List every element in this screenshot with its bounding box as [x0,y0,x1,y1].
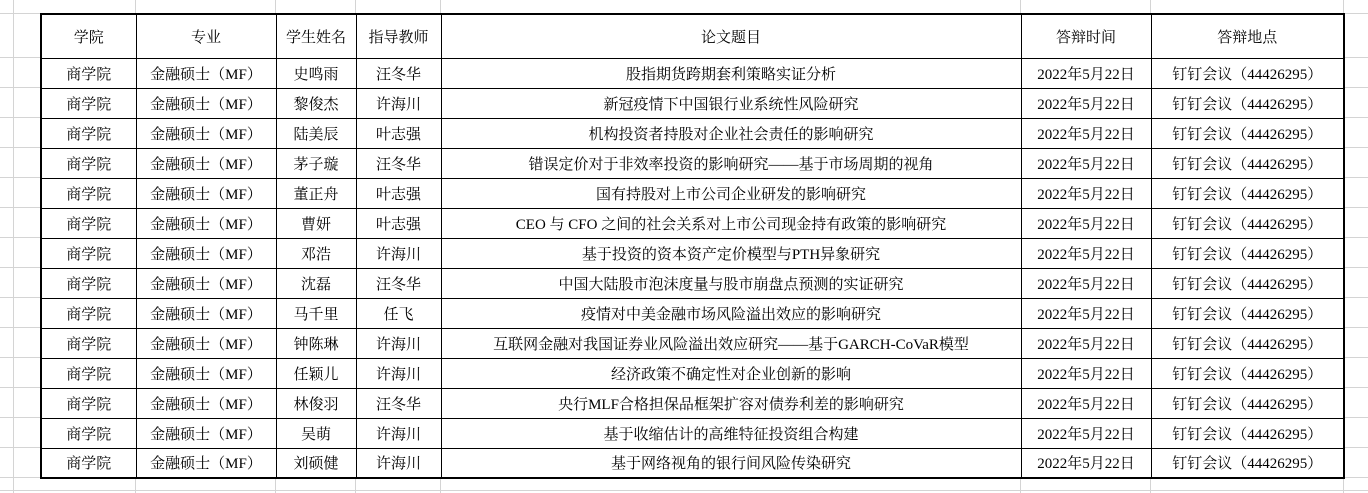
advisor-cell[interactable]: 许海川 [356,358,441,388]
college-cell[interactable]: 商学院 [41,118,136,148]
gridline [0,147,40,148]
table-row: 商学院 金融硕士（MF） 吴萌 许海川 基于收缩估计的高维特征投资组合构建 20… [41,418,1344,448]
defense-location-cell[interactable]: 钉钉会议（44426295） [1151,298,1344,328]
major-cell[interactable]: 金融硕士（MF） [136,88,276,118]
major-cell[interactable]: 金融硕士（MF） [136,208,276,238]
gridline [13,0,14,493]
gridline [1343,327,1368,328]
table-row: 商学院 金融硕士（MF） 曹妍 叶志强 CEO 与 CFO 之间的社会关系对上市… [41,208,1344,238]
thesis-title-cell[interactable]: 机构投资者持股对企业社会责任的影响研究 [441,118,1021,148]
advisor-cell[interactable]: 汪冬华 [356,58,441,88]
table-row: 商学院 金融硕士（MF） 黎俊杰 许海川 新冠疫情下中国银行业系统性风险研究 2… [41,88,1344,118]
defense-time-cell[interactable]: 2022年5月22日 [1021,298,1151,328]
table-row: 商学院 金融硕士（MF） 陆美辰 叶志强 机构投资者持股对企业社会责任的影响研究… [41,118,1344,148]
table-row: 商学院 金融硕士（MF） 茅子璇 汪冬华 错误定价对于非效率投资的影响研究——基… [41,148,1344,178]
defense-location-cell[interactable]: 钉钉会议（44426295） [1151,418,1344,448]
student-name-cell[interactable]: 刘硕健 [276,448,356,478]
gridline [0,447,40,448]
college-cell[interactable]: 商学院 [41,238,136,268]
student-name-cell[interactable]: 曹妍 [276,208,356,238]
defense-time-cell[interactable]: 2022年5月22日 [1021,388,1151,418]
header-defense-time[interactable]: 答辩时间 [1021,14,1151,58]
defense-time-cell[interactable]: 2022年5月22日 [1021,328,1151,358]
college-cell[interactable]: 商学院 [41,328,136,358]
thesis-title-cell[interactable]: 国有持股对上市公司企业研发的影响研究 [441,178,1021,208]
advisor-cell[interactable]: 汪冬华 [356,148,441,178]
student-name-cell[interactable]: 茅子璇 [276,148,356,178]
thesis-title-cell[interactable]: 基于收缩估计的高维特征投资组合构建 [441,418,1021,448]
student-name-cell[interactable]: 沈磊 [276,268,356,298]
gridline [135,0,136,13]
thesis-title-cell[interactable]: 股指期货跨期套利策略实证分析 [441,58,1021,88]
college-cell[interactable]: 商学院 [41,418,136,448]
defense-time-cell[interactable]: 2022年5月22日 [1021,268,1151,298]
gridline [0,490,1368,491]
major-cell[interactable]: 金融硕士（MF） [136,178,276,208]
major-cell[interactable]: 金融硕士（MF） [136,118,276,148]
major-cell[interactable]: 金融硕士（MF） [136,148,276,178]
thesis-title-cell[interactable]: 疫情对中美金融市场风险溢出效应的影响研究 [441,298,1021,328]
thesis-title-cell[interactable]: 基于网络视角的银行间风险传染研究 [441,448,1021,478]
defense-location-cell[interactable]: 钉钉会议（44426295） [1151,58,1344,88]
advisor-cell[interactable]: 汪冬华 [356,388,441,418]
gridline [0,357,40,358]
gridline [0,237,40,238]
student-name-cell[interactable]: 吴萌 [276,418,356,448]
defense-schedule-table: 学院 专业 学生姓名 指导教师 论文题目 答辩时间 答辩地点 商学院 金融硕士（… [40,13,1345,479]
gridline [355,0,356,13]
thesis-title-cell[interactable]: CEO 与 CFO 之间的社会关系对上市公司现金持有政策的影响研究 [441,208,1021,238]
advisor-cell[interactable]: 任飞 [356,298,441,328]
gridline [0,117,40,118]
defense-location-cell[interactable]: 钉钉会议（44426295） [1151,388,1344,418]
gridline [1343,13,1368,14]
advisor-cell[interactable]: 许海川 [356,448,441,478]
advisor-cell[interactable]: 许海川 [356,328,441,358]
defense-time-cell[interactable]: 2022年5月22日 [1021,238,1151,268]
major-cell[interactable]: 金融硕士（MF） [136,418,276,448]
gridline [1343,417,1368,418]
defense-location-cell[interactable]: 钉钉会议（44426295） [1151,358,1344,388]
defense-location-cell[interactable]: 钉钉会议（44426295） [1151,238,1344,268]
college-cell[interactable]: 商学院 [41,88,136,118]
header-advisor[interactable]: 指导教师 [356,14,441,58]
gridline [1343,237,1368,238]
gridline [0,417,40,418]
gridline [0,13,40,14]
gridline [1150,0,1151,13]
major-cell[interactable]: 金融硕士（MF） [136,58,276,88]
student-name-cell[interactable]: 陆美辰 [276,118,356,148]
gridline [0,267,40,268]
defense-location-cell[interactable]: 钉钉会议（44426295） [1151,118,1344,148]
major-cell[interactable]: 金融硕士（MF） [136,388,276,418]
major-cell[interactable]: 金融硕士（MF） [136,268,276,298]
defense-time-cell[interactable]: 2022年5月22日 [1021,118,1151,148]
header-defense-location[interactable]: 答辩地点 [1151,14,1344,58]
major-cell[interactable]: 金融硕士（MF） [136,238,276,268]
gridline [1343,387,1368,388]
defense-time-cell[interactable]: 2022年5月22日 [1021,58,1151,88]
major-cell[interactable]: 金融硕士（MF） [136,298,276,328]
student-name-cell[interactable]: 董正舟 [276,178,356,208]
thesis-title-cell[interactable]: 经济政策不确定性对企业创新的影响 [441,358,1021,388]
gridline [0,207,40,208]
gridline [1343,357,1368,358]
thesis-title-cell[interactable]: 央行MLF合格担保品框架扩容对债券利差的影响研究 [441,388,1021,418]
table-row: 商学院 金融硕士（MF） 刘硕健 许海川 基于网络视角的银行间风险传染研究 20… [41,448,1344,478]
table-row: 商学院 金融硕士（MF） 董正舟 叶志强 国有持股对上市公司企业研发的影响研究 … [41,178,1344,208]
defense-location-cell[interactable]: 钉钉会议（44426295） [1151,148,1344,178]
defense-location-cell[interactable]: 钉钉会议（44426295） [1151,88,1344,118]
gridline [0,297,40,298]
table-row: 商学院 金融硕士（MF） 沈磊 汪冬华 中国大陆股市泡沫度量与股市崩盘点预测的实… [41,268,1344,298]
gridline [1343,267,1368,268]
gridline [1343,147,1368,148]
defense-location-cell[interactable]: 钉钉会议（44426295） [1151,268,1344,298]
thesis-title-cell[interactable]: 互联网金融对我国证券业风险溢出效应研究——基于GARCH-CoVaR模型 [441,328,1021,358]
student-name-cell[interactable]: 史鸣雨 [276,58,356,88]
gridline [1343,0,1344,13]
college-cell[interactable]: 商学院 [41,58,136,88]
student-name-cell[interactable]: 钟陈琳 [276,328,356,358]
defense-location-cell[interactable]: 钉钉会议（44426295） [1151,178,1344,208]
student-name-cell[interactable]: 任颖儿 [276,358,356,388]
college-cell[interactable]: 商学院 [41,388,136,418]
gridline [275,0,276,13]
table-row: 商学院 金融硕士（MF） 任颖儿 许海川 经济政策不确定性对企业创新的影响 20… [41,358,1344,388]
header-student-name[interactable]: 学生姓名 [276,14,356,58]
gridline [1343,87,1368,88]
defense-location-cell[interactable]: 钉钉会议（44426295） [1151,448,1344,478]
gridline [1343,117,1368,118]
header-major[interactable]: 专业 [136,14,276,58]
major-cell[interactable]: 金融硕士（MF） [136,328,276,358]
gridline [1343,477,1368,478]
table-row: 商学院 金融硕士（MF） 钟陈琳 许海川 互联网金融对我国证券业风险溢出效应研究… [41,328,1344,358]
defense-time-cell[interactable]: 2022年5月22日 [1021,178,1151,208]
header-college[interactable]: 学院 [41,14,136,58]
gridline [1343,207,1368,208]
gridline [1343,57,1368,58]
student-name-cell[interactable]: 黎俊杰 [276,88,356,118]
gridline [1343,177,1368,178]
defense-time-cell[interactable]: 2022年5月22日 [1021,358,1151,388]
gridline [0,387,40,388]
table-row: 商学院 金融硕士（MF） 林俊羽 汪冬华 央行MLF合格担保品框架扩容对债券利差… [41,388,1344,418]
thesis-title-cell[interactable]: 中国大陆股市泡沫度量与股市崩盘点预测的实证研究 [441,268,1021,298]
defense-time-cell[interactable]: 2022年5月22日 [1021,418,1151,448]
advisor-cell[interactable]: 许海川 [356,88,441,118]
college-cell[interactable]: 商学院 [41,298,136,328]
college-cell[interactable]: 商学院 [41,178,136,208]
thesis-title-cell[interactable]: 错误定价对于非效率投资的影响研究——基于市场周期的视角 [441,148,1021,178]
advisor-cell[interactable]: 汪冬华 [356,268,441,298]
college-cell[interactable]: 商学院 [41,208,136,238]
gridline [0,177,40,178]
advisor-cell[interactable]: 叶志强 [356,178,441,208]
advisor-cell[interactable]: 许海川 [356,418,441,448]
thesis-title-cell[interactable]: 新冠疫情下中国银行业系统性风险研究 [441,88,1021,118]
student-name-cell[interactable]: 马千里 [276,298,356,328]
college-cell[interactable]: 商学院 [41,148,136,178]
defense-time-cell[interactable]: 2022年5月22日 [1021,208,1151,238]
gridline [0,57,40,58]
major-cell[interactable]: 金融硕士（MF） [136,358,276,388]
student-name-cell[interactable]: 林俊羽 [276,388,356,418]
table-body: 商学院 金融硕士（MF） 史鸣雨 汪冬华 股指期货跨期套利策略实证分析 2022… [41,58,1344,478]
defense-location-cell[interactable]: 钉钉会议（44426295） [1151,208,1344,238]
gridline [1343,297,1368,298]
header-row: 学院 专业 学生姓名 指导教师 论文题目 答辩时间 答辩地点 [41,14,1344,58]
defense-time-cell[interactable]: 2022年5月22日 [1021,88,1151,118]
table-row: 商学院 金融硕士（MF） 邓浩 许海川 基于投资的资本资产定价模型与PTH异象研… [41,238,1344,268]
header-thesis-title[interactable]: 论文题目 [441,14,1021,58]
student-name-cell[interactable]: 邓浩 [276,238,356,268]
advisor-cell[interactable]: 叶志强 [356,118,441,148]
table-row: 商学院 金融硕士（MF） 马千里 任飞 疫情对中美金融市场风险溢出效应的影响研究… [41,298,1344,328]
college-cell[interactable]: 商学院 [41,358,136,388]
major-cell[interactable]: 金融硕士（MF） [136,448,276,478]
gridline [0,327,40,328]
advisor-cell[interactable]: 叶志强 [356,208,441,238]
defense-time-cell[interactable]: 2022年5月22日 [1021,448,1151,478]
college-cell[interactable]: 商学院 [41,268,136,298]
gridline [1343,447,1368,448]
gridline [0,477,40,478]
defense-location-cell[interactable]: 钉钉会议（44426295） [1151,328,1344,358]
defense-time-cell[interactable]: 2022年5月22日 [1021,148,1151,178]
table-row: 商学院 金融硕士（MF） 史鸣雨 汪冬华 股指期货跨期套利策略实证分析 2022… [41,58,1344,88]
gridline [0,87,40,88]
gridline [440,0,441,13]
college-cell[interactable]: 商学院 [41,448,136,478]
thesis-title-cell[interactable]: 基于投资的资本资产定价模型与PTH异象研究 [441,238,1021,268]
advisor-cell[interactable]: 许海川 [356,238,441,268]
gridline [1020,0,1021,13]
